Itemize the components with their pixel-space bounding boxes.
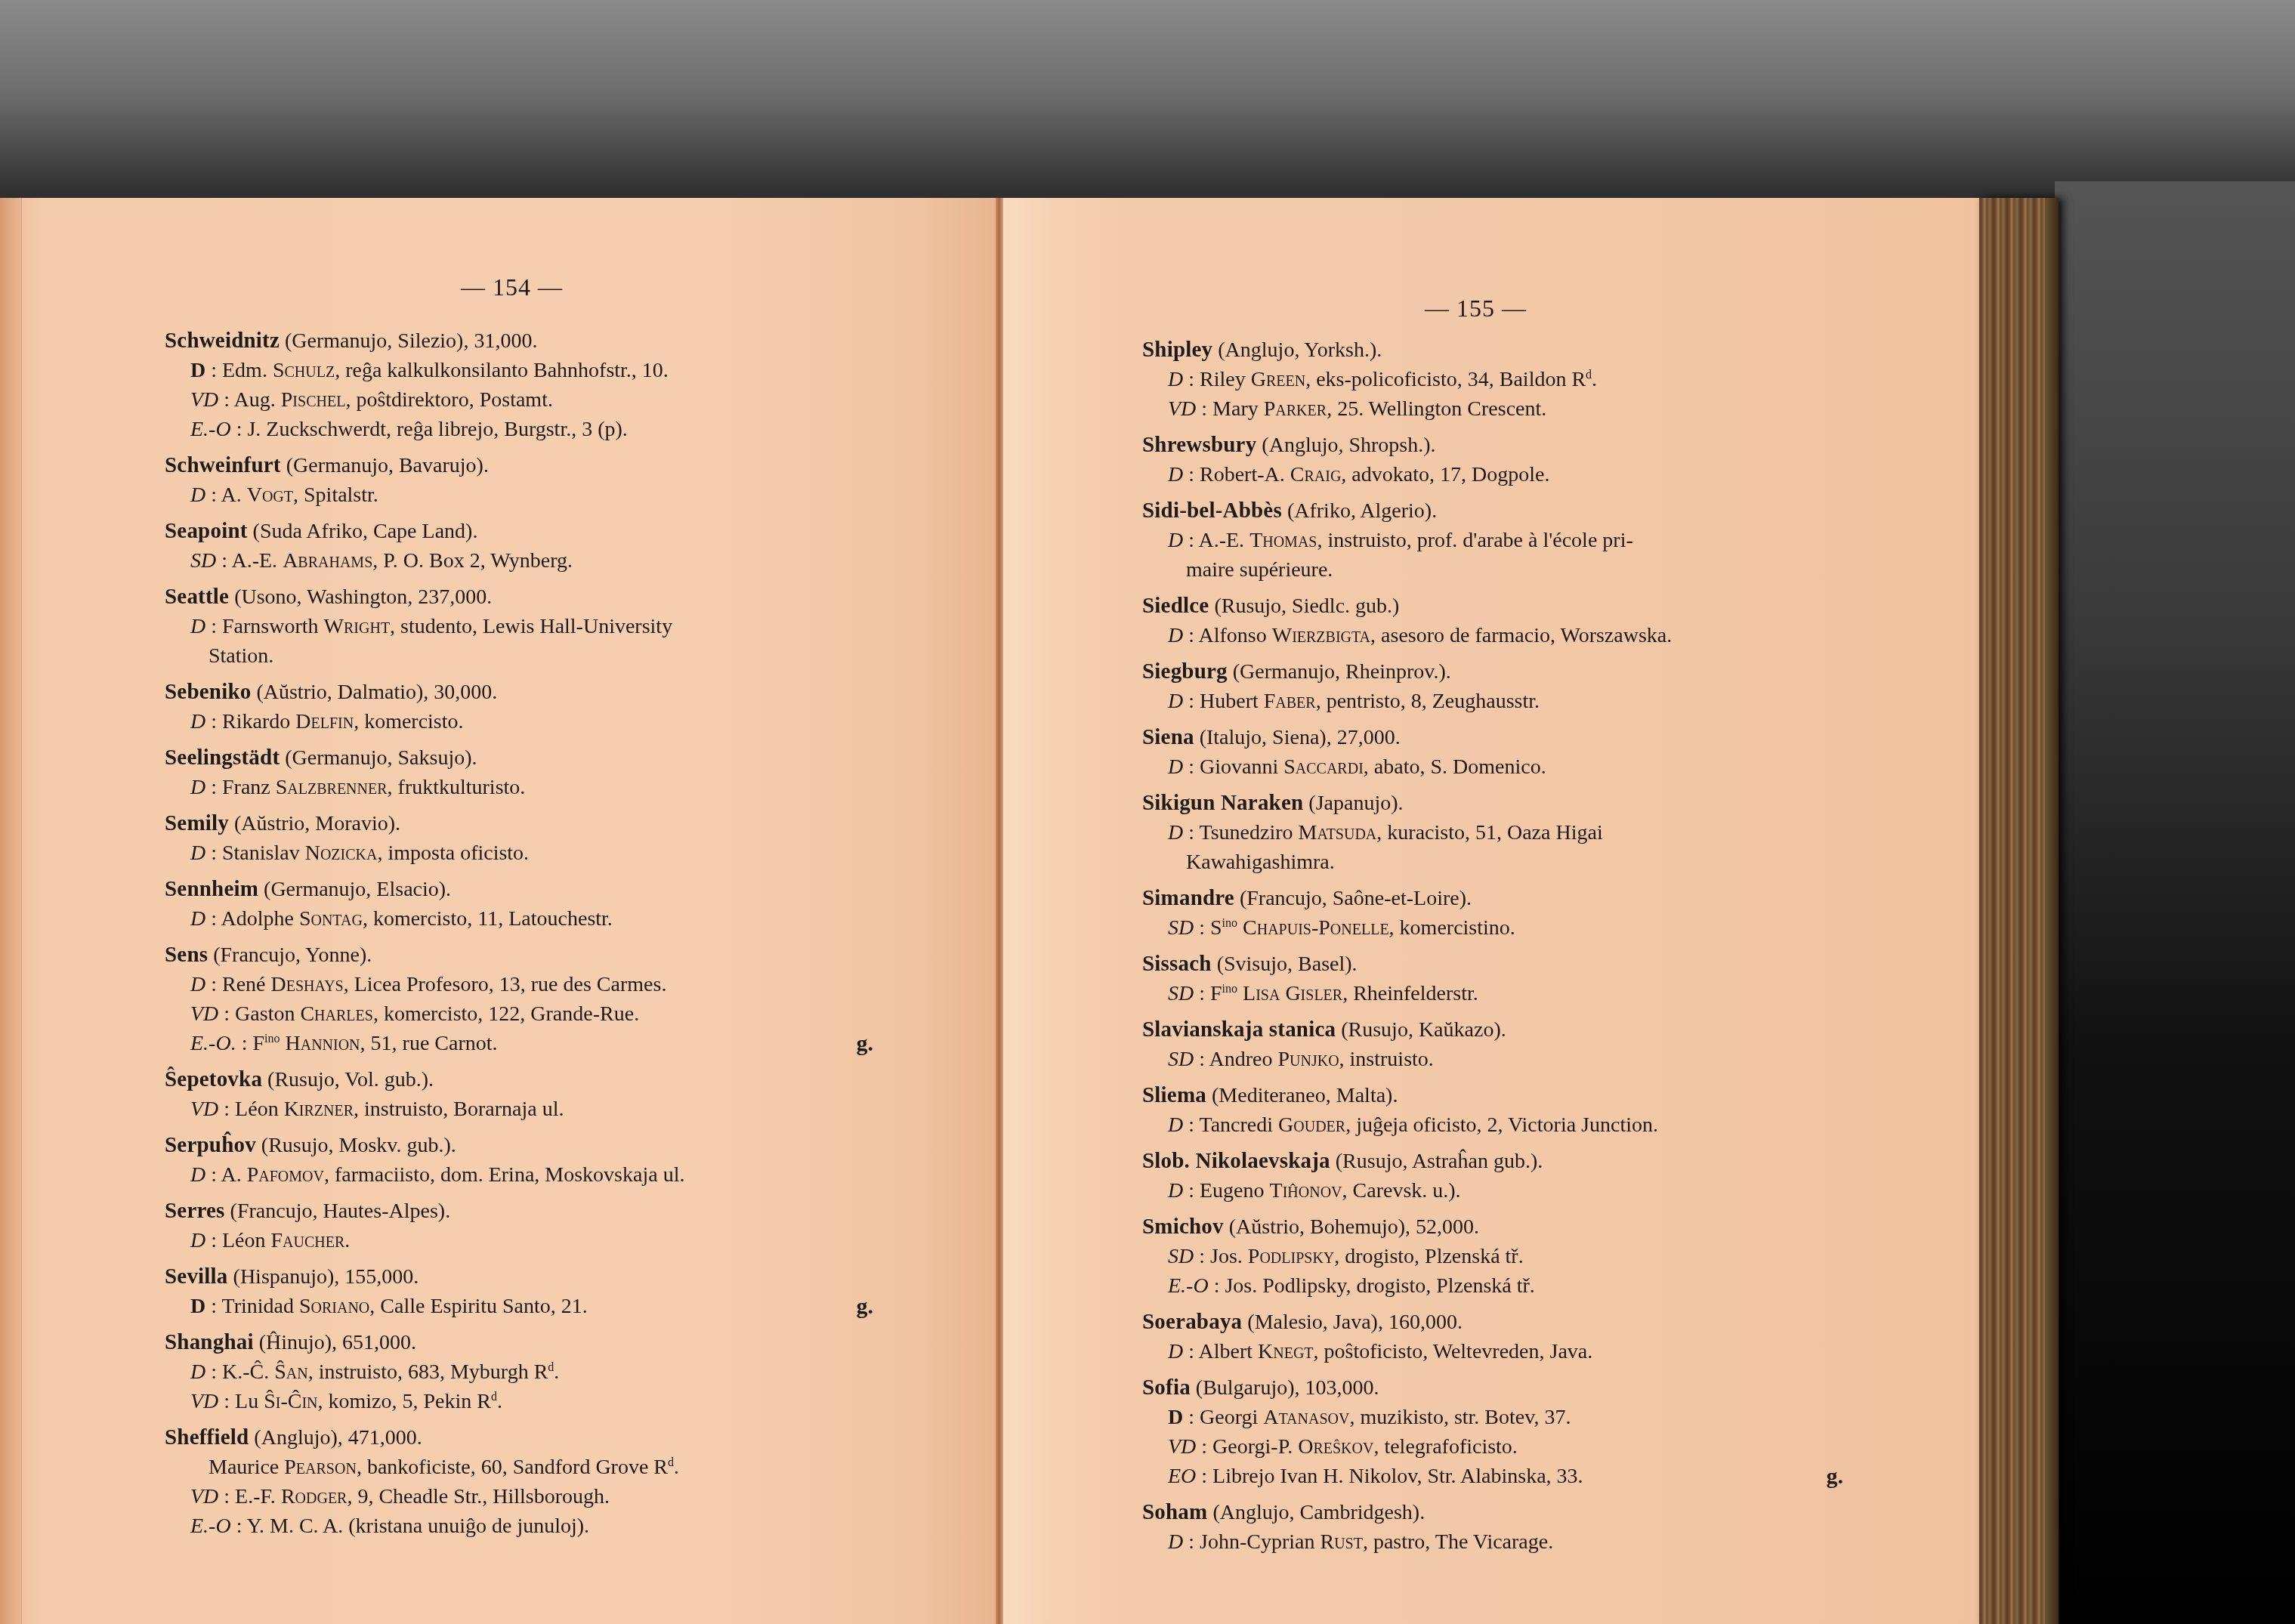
directory-entry: Semily (Aŭstrio, Moravio).D : Stanislav … xyxy=(165,809,867,868)
delegate-info: , reĝa kalkulkonsilanto Bahnhofstr., 10. xyxy=(335,359,669,382)
entry-heading: Siena (Italujo, Siena), 27,000. xyxy=(1142,723,1837,752)
delegate-surname: Soriano xyxy=(299,1295,369,1318)
delegate-text: : Riley xyxy=(1183,368,1250,391)
delegate-text: maire supérieure. xyxy=(1186,558,1333,582)
city-name: Sidi-bel-Abbès xyxy=(1142,499,1282,523)
city-name: Sikigun Naraken xyxy=(1142,791,1303,815)
delegate-role: E.-O xyxy=(190,418,231,441)
city-name: Slob. Nikolaevskaja xyxy=(1142,1149,1330,1173)
directory-entry: Sheffield (Anglujo), 471,000.Maurice Pea… xyxy=(165,1423,867,1541)
delegate-role: VD xyxy=(190,1002,218,1026)
delegate-surname: Punjko xyxy=(1277,1048,1339,1071)
delegate-role: D xyxy=(190,483,205,507)
delegate-line: maire supérieure. xyxy=(1142,555,1837,585)
delegate-line: D : A.-E. Thomas, instruisto, prof. d'ar… xyxy=(1142,526,1837,555)
delegate-line: D : Hubert Faber, pentristo, 8, Zeughaus… xyxy=(1142,687,1837,716)
delegate-info: , Calle Espiritu Santo, 21. xyxy=(369,1295,588,1318)
directory-entry: Soham (Anglujo, Cambridgesh).D : John-Cy… xyxy=(1142,1498,1837,1557)
entry-heading: Slavianskaja stanica (Rusujo, Kaŭkazo). xyxy=(1142,1015,1837,1045)
directory-entry: Slavianskaja stanica (Rusujo, Kaŭkazo).S… xyxy=(1142,1015,1837,1074)
delegate-info: , instruisto, 683, Myburgh R xyxy=(308,1360,548,1384)
directory-entry: Siedlce (Rusujo, Siedlc. gub.)D : Alfons… xyxy=(1142,591,1837,650)
entry-heading: Seapoint (Suda Afriko, Cape Land). xyxy=(165,517,867,546)
delegate-text: : Andreo xyxy=(1194,1048,1277,1071)
delegate-info: , asesoro de farmacio, Worszawska. xyxy=(1370,624,1672,647)
delegate-info: , instruisto. xyxy=(1339,1048,1434,1071)
city-name: Sevilla xyxy=(165,1264,228,1289)
delegate-surname: Thomas xyxy=(1249,529,1317,552)
entry-heading: Schweidnitz (Germanujo, Silezio), 31,000… xyxy=(165,326,867,356)
delegate-role: VD xyxy=(190,1485,218,1508)
delegate-info: , komercisto. xyxy=(354,710,463,733)
page-stack-edge xyxy=(1979,198,2059,1624)
delegate-info: , poŝtoficisto, Weltevreden, Java. xyxy=(1314,1340,1593,1363)
city-name: Seelingstädt xyxy=(165,746,280,770)
delegate-text: : J. Zuckschwerdt, reĝa librejo, Burgstr… xyxy=(231,418,628,441)
delegate-line: D : Tancredi Gouder, juĝeja oficisto, 2,… xyxy=(1142,1110,1837,1140)
entry-heading: Sennheim (Germanujo, Elsacio). xyxy=(165,875,867,904)
delegate-info: , komizo, 5, Pekin R xyxy=(318,1390,491,1413)
directory-entry: Slob. Nikolaevskaja (Rusujo, Astraĥan gu… xyxy=(1142,1147,1837,1206)
delegate-line: VD : Georgi-P. Oreŝkov, telegrafoficisto… xyxy=(1142,1432,1837,1462)
delegate-surname: Abrahams xyxy=(283,549,372,573)
city-name: Shrewsbury xyxy=(1142,433,1256,457)
delegate-surname: Pearson xyxy=(284,1456,357,1479)
delegate-info: , kuracisto, 51, Oaza Higai xyxy=(1376,821,1602,844)
delegate-info: , Licea Profesoro, 13, rue des Carmes. xyxy=(344,973,667,996)
city-name: Semily xyxy=(165,811,229,835)
entry-heading: Sheffield (Anglujo), 471,000. xyxy=(165,1423,867,1453)
delegate-text: : Gaston xyxy=(218,1002,300,1026)
delegate-line: D : Eugeno Tiĥonov, Carevsk. u.). xyxy=(1142,1176,1837,1206)
delegate-role: D xyxy=(190,1360,205,1384)
delegate-role: E.-O xyxy=(1168,1274,1209,1298)
delegate-role: E.-O xyxy=(190,1514,231,1538)
entry-heading: Slob. Nikolaevskaja (Rusujo, Astraĥan gu… xyxy=(1142,1147,1837,1176)
delegate-role: D xyxy=(190,615,205,638)
delegate-text: : E.-F. xyxy=(218,1485,281,1508)
left-column-entries: Schweidnitz (Germanujo, Silezio), 31,000… xyxy=(165,326,867,1548)
delegate-surname: Podlipsky xyxy=(1248,1245,1334,1268)
entry-heading: Semily (Aŭstrio, Moravio). xyxy=(165,809,867,838)
delegate-text: : Farnsworth xyxy=(205,615,323,638)
delegate-line: D : A. Pafomov, farmaciisto, dom. Erina,… xyxy=(165,1160,867,1190)
delegate-line: E.-O : Jos. Podlipsky, drogisto, Plzensk… xyxy=(1142,1271,1837,1301)
delegate-role: D xyxy=(190,1295,205,1318)
delegate-role: EO xyxy=(1168,1465,1196,1488)
delegate-line: D : Georgi Atanasov, muzikisto, str. Bot… xyxy=(1142,1403,1837,1432)
delegate-role: VD xyxy=(190,1390,218,1413)
group-mark: g. xyxy=(857,1292,874,1321)
delegate-role: D xyxy=(1168,1179,1183,1203)
group-mark: g. xyxy=(857,1029,874,1058)
delegate-text: : Rikardo xyxy=(205,710,295,733)
delegate-text: : A.-E. xyxy=(216,549,283,573)
delegate-surname: Knegt xyxy=(1258,1340,1314,1363)
city-details: (Aŭstrio, Dalmatio), 30,000. xyxy=(256,681,497,704)
delegate-line: D : Rikardo Delfin, komercisto. xyxy=(165,707,867,736)
delegate-text: : Adolphe xyxy=(205,907,299,931)
city-details: (Anglujo, Shropsh.). xyxy=(1262,434,1435,457)
city-name: Siegburg xyxy=(1142,659,1228,684)
delegate-surname: Kirzner xyxy=(284,1098,354,1121)
delegate-role: D xyxy=(1168,463,1183,486)
city-details: (Francujo, Yonne). xyxy=(213,943,372,967)
city-name: Siedlce xyxy=(1142,594,1209,618)
delegate-line: D : Albert Knegt, poŝtoficisto, Weltevre… xyxy=(1142,1337,1837,1366)
road-abbrev: d xyxy=(1586,369,1592,381)
delegate-info: , pastro, The Vicarage. xyxy=(1363,1530,1553,1554)
city-details: (Japanujo). xyxy=(1308,792,1403,815)
delegate-text: : Georgi-P. xyxy=(1196,1435,1298,1459)
delegate-text: : Hubert xyxy=(1183,690,1264,713)
city-name: Soerabaya xyxy=(1142,1310,1242,1334)
delegate-line: D : Stanislav Nozicka, imposta oficisto. xyxy=(165,838,867,868)
city-name: Serpuĥov xyxy=(165,1133,256,1157)
delegate-line: D : René Deshays, Licea Profesoro, 13, r… xyxy=(165,970,867,999)
entry-heading: Siedlce (Rusujo, Siedlc. gub.) xyxy=(1142,591,1837,621)
city-name: Seattle xyxy=(165,585,229,609)
book-spine xyxy=(996,198,1003,1624)
delegate-role: D xyxy=(1168,690,1183,713)
delegate-info: , instruisto, prof. d'arabe à l'école pr… xyxy=(1317,529,1632,552)
city-name: Smichov xyxy=(1142,1215,1224,1239)
entry-heading: Simandre (Francujo, Saône-et-Loire). xyxy=(1142,884,1837,913)
city-details: (Anglujo, Cambridgesh). xyxy=(1212,1501,1425,1524)
delegate-surname: Deshays xyxy=(271,973,344,996)
directory-entry: Seelingstädt (Germanujo, Saksujo).D : Fr… xyxy=(165,743,867,802)
delegate-line: EO : Librejo Ivan H. Nikolov, Str. Alabi… xyxy=(1142,1462,1837,1491)
delegate-line: E.-O : J. Zuckschwerdt, reĝa librejo, Bu… xyxy=(165,415,867,444)
city-name: Schweidnitz xyxy=(165,329,280,353)
city-details: (Ĥinujo), 651,000. xyxy=(259,1331,416,1354)
line-end: . xyxy=(674,1456,679,1479)
group-mark: g. xyxy=(1827,1462,1844,1491)
delegate-surname: Ŝan xyxy=(274,1360,307,1384)
delegate-surname: Vogt xyxy=(247,483,293,507)
delegate-role: D xyxy=(190,710,205,733)
delegate-info: , juĝeja oficisto, 2, Victoria Junction. xyxy=(1345,1113,1658,1137)
delegate-info: . xyxy=(344,1229,350,1252)
delegate-text: : Jos. Podlipsky, drogisto, Plzenská tř. xyxy=(1209,1274,1535,1298)
delegate-surname: Parker xyxy=(1264,397,1327,421)
delegate-info: , fruktkulturisto. xyxy=(388,776,526,799)
city-name: Schweinfurt xyxy=(165,453,281,477)
delegate-surname: Gouder xyxy=(1278,1113,1345,1137)
delegate-role: D xyxy=(1168,624,1183,647)
delegate-info: , telegrafoficisto. xyxy=(1373,1435,1517,1459)
delegate-text: : Eugeno xyxy=(1183,1179,1269,1203)
delegate-role: D xyxy=(1168,1530,1183,1554)
directory-entry: Sliema (Mediteraneo, Malta).D : Tancredi… xyxy=(1142,1081,1837,1140)
directory-entry: Siena (Italujo, Siena), 27,000.D : Giova… xyxy=(1142,723,1837,782)
delegate-line: VD : Aug. Pischel, poŝtdirektoro, Postam… xyxy=(165,385,867,415)
line-end: . xyxy=(554,1360,559,1384)
city-details: (Italujo, Siena), 27,000. xyxy=(1200,726,1401,749)
delegate-surname: Chapuis-Ponelle xyxy=(1237,916,1389,940)
entry-heading: Smichov (Aŭstrio, Bohemujo), 52,000. xyxy=(1142,1212,1837,1242)
delegate-text: : Georgi xyxy=(1183,1406,1263,1429)
city-name: Sheffield xyxy=(165,1425,249,1450)
delegate-text: : Lu xyxy=(218,1390,264,1413)
delegate-info: , muzikisto, str. Botev, 37. xyxy=(1349,1406,1571,1429)
delegate-text: : A. xyxy=(205,1163,246,1187)
delegate-line: D : A. Vogt, Spitalstr. xyxy=(165,480,867,510)
city-name: Seapoint xyxy=(165,519,248,543)
delegate-line: D : Robert-A. Craig, advokato, 17, Dogpo… xyxy=(1142,460,1837,489)
delegate-line: VD : Mary Parker, 25. Wellington Crescen… xyxy=(1142,394,1837,424)
line-end: . xyxy=(497,1390,502,1413)
city-details: (Francujo, Hautes-Alpes). xyxy=(230,1199,451,1223)
delegate-line: D : Trinidad Soriano, Calle Espiritu San… xyxy=(165,1292,867,1321)
delegate-info: , 9, Cheadle Str., Hillsborough. xyxy=(347,1485,610,1508)
delegate-text: : Tsunedziro xyxy=(1183,821,1298,844)
delegate-role: SD xyxy=(1168,1245,1194,1268)
delegate-surname: Salzbrenner xyxy=(276,776,388,799)
delegate-line: D : Riley Green, eks-policoficisto, 34, … xyxy=(1142,365,1837,394)
entry-heading: Ŝepetovka (Rusujo, Vol. gub.). xyxy=(165,1065,867,1095)
background-right xyxy=(2055,181,2295,1624)
delegate-text: Kawahigashimra. xyxy=(1186,851,1335,874)
delegate-surname: Faucher xyxy=(271,1229,345,1252)
delegate-role: D xyxy=(190,1163,205,1187)
delegate-text: : A.-E. xyxy=(1183,529,1249,552)
delegate-line: SD : A.-E. Abrahams, P. O. Box 2, Wynber… xyxy=(165,546,867,576)
delegate-role: E.-O. xyxy=(190,1032,236,1055)
delegate-role: D xyxy=(190,1229,205,1252)
page-number-right: — 155 — xyxy=(1425,295,1527,323)
delegate-text: : Robert-A. xyxy=(1183,463,1290,486)
page-number-left: — 154 — xyxy=(461,273,563,301)
delegate-text: : Alfonso xyxy=(1183,624,1271,647)
entry-heading: Sliema (Mediteraneo, Malta). xyxy=(1142,1081,1837,1110)
city-name: Serres xyxy=(165,1199,225,1223)
background-top xyxy=(0,0,2295,204)
delegate-text: Maurice xyxy=(208,1456,284,1479)
directory-entry: Sennheim (Germanujo, Elsacio).D : Adolph… xyxy=(165,875,867,934)
city-details: (Francujo, Saône-et-Loire). xyxy=(1240,887,1472,910)
delegate-line: D : Tsunedziro Matsuda, kuracisto, 51, O… xyxy=(1142,818,1837,848)
delegate-line: SD : Jos. Podlipsky, drogisto, Plzenská … xyxy=(1142,1242,1837,1271)
entry-heading: Serres (Francujo, Hautes-Alpes). xyxy=(165,1196,867,1226)
delegate-info: , imposta oficisto. xyxy=(377,841,529,865)
delegate-line: D : Farnsworth Wright, studento, Lewis H… xyxy=(165,612,867,641)
delegate-text: : F xyxy=(236,1032,264,1055)
directory-entry: Seapoint (Suda Afriko, Cape Land).SD : A… xyxy=(165,517,867,576)
entry-heading: Schweinfurt (Germanujo, Bavarujo). xyxy=(165,451,867,480)
delegate-line: Kawahigashimra. xyxy=(1142,848,1837,877)
delegate-role: D xyxy=(1168,1113,1183,1137)
directory-entry: Shanghai (Ĥinujo), 651,000.D : K.-Ĉ. Ŝan… xyxy=(165,1328,867,1416)
delegate-text: : A. xyxy=(205,483,246,507)
delegate-surname: Pafomov xyxy=(247,1163,324,1187)
delegate-line: D : K.-Ĉ. Ŝan, instruisto, 683, Myburgh … xyxy=(165,1357,867,1387)
delegate-line: SD : Sino Chapuis-Ponelle, komercistino. xyxy=(1142,913,1837,943)
entry-heading: Sens (Francujo, Yonne). xyxy=(165,940,867,970)
city-details: (Aŭstrio, Bohemujo), 52,000. xyxy=(1229,1215,1479,1239)
delegate-role: D xyxy=(1168,529,1183,552)
delegate-line: D : Giovanni Saccardi, abato, S. Domenic… xyxy=(1142,752,1837,782)
directory-entry: Siegburg (Germanujo, Rheinprov.).D : Hub… xyxy=(1142,657,1837,716)
city-name: Slavianskaja stanica xyxy=(1142,1017,1336,1042)
delegate-text: : Stanislav xyxy=(205,841,304,865)
city-details: (Germanujo, Bavarujo). xyxy=(286,454,489,477)
delegate-role: D xyxy=(1168,1340,1183,1363)
delegate-role: VD xyxy=(190,1098,218,1121)
city-details: (Svisujo, Basel). xyxy=(1217,952,1358,976)
directory-entry: Schweidnitz (Germanujo, Silezio), 31,000… xyxy=(165,326,867,444)
delegate-text: : Aug. xyxy=(218,388,280,412)
delegate-role: D xyxy=(190,359,205,382)
delegate-surname: Pischel xyxy=(281,388,346,412)
delegate-info: , eks-policoficisto, 34, Baildon R xyxy=(1305,368,1586,391)
delegate-surname: Craig xyxy=(1290,463,1342,486)
delegate-surname: Green xyxy=(1251,368,1305,391)
delegate-surname: Lisa Gisler xyxy=(1237,982,1342,1005)
delegate-surname: Tiĥonov xyxy=(1270,1179,1342,1203)
delegate-text: : Y. M. C. A. (kristana unuiĝo de junulo… xyxy=(231,1514,589,1538)
delegate-surname: Delfin xyxy=(295,710,354,733)
delegate-surname: Sontag xyxy=(299,907,363,931)
delegate-text: : Jos. xyxy=(1194,1245,1248,1268)
delegate-line: VD : Léon Kirzner, instruisto, Borarnaja… xyxy=(165,1095,867,1124)
delegate-role: D xyxy=(190,973,205,996)
road-abbrev: d xyxy=(668,1456,674,1469)
delegate-info: , Carevsk. u.). xyxy=(1342,1179,1461,1203)
directory-entry: Shrewsbury (Anglujo, Shropsh.).D : Rober… xyxy=(1142,431,1837,489)
city-details: (Germanujo, Saksujo). xyxy=(285,746,477,770)
title-abbrev: ino xyxy=(1222,983,1237,996)
directory-entry: Smichov (Aŭstrio, Bohemujo), 52,000.SD :… xyxy=(1142,1212,1837,1301)
directory-entry: Shipley (Anglujo, Yorksh.).D : Riley Gre… xyxy=(1142,335,1837,424)
open-book: — 154 — Schweidnitz (Germanujo, Silezio)… xyxy=(0,198,2059,1624)
road-abbrev: d xyxy=(491,1391,497,1403)
directory-entry: Soerabaya (Malesio, Java), 160,000.D : A… xyxy=(1142,1308,1837,1366)
delegate-surname: Nozicka xyxy=(305,841,378,865)
city-details: (Rusujo, Astraĥan gub.). xyxy=(1336,1150,1543,1173)
entry-heading: Seattle (Usono, Washington, 237,000. xyxy=(165,582,867,612)
delegate-role: VD xyxy=(1168,397,1196,421)
city-details: (Germanujo, Elsacio). xyxy=(264,878,451,901)
delegate-line: Station. xyxy=(165,641,867,671)
delegate-role: D xyxy=(1168,368,1183,391)
entry-heading: Siegburg (Germanujo, Rheinprov.). xyxy=(1142,657,1837,687)
directory-entry: Sens (Francujo, Yonne).D : René Deshays,… xyxy=(165,940,867,1058)
line-end: . xyxy=(1592,368,1597,391)
delegate-surname: Rodger xyxy=(281,1485,347,1508)
delegate-line: VD : E.-F. Rodger, 9, Cheadle Str., Hill… xyxy=(165,1482,867,1511)
city-details: (Afriko, Algerio). xyxy=(1287,499,1437,523)
delegate-info: , 51, rue Carnot. xyxy=(360,1032,498,1055)
delegate-line: SD : Andreo Punjko, instruisto. xyxy=(1142,1045,1837,1074)
right-column-entries: Shipley (Anglujo, Yorksh.).D : Riley Gre… xyxy=(1142,335,1837,1564)
delegate-role: SD xyxy=(190,549,216,573)
title-abbrev: ino xyxy=(1222,917,1237,930)
city-name: Simandre xyxy=(1142,886,1234,910)
city-details: (Aŭstrio, Moravio). xyxy=(234,812,400,835)
delegate-info: , P. O. Box 2, Wynberg. xyxy=(372,549,573,573)
delegate-text: : Léon xyxy=(205,1229,270,1252)
delegate-text: : Librejo Ivan H. Nikolov, Str. Alabinsk… xyxy=(1196,1465,1583,1488)
city-details: (Germanujo, Rheinprov.). xyxy=(1233,660,1451,684)
delegate-info: , instruisto, Borarnaja ul. xyxy=(354,1098,564,1121)
delegate-info: , Spitalstr. xyxy=(293,483,378,507)
city-name: Sissach xyxy=(1142,952,1212,976)
delegate-text: : Franz xyxy=(205,776,276,799)
right-page: — 155 — Shipley (Anglujo, Yorksh.).D : R… xyxy=(1003,198,1979,1624)
delegate-surname: Ŝi-Ĉin xyxy=(264,1390,317,1413)
directory-entry: Schweinfurt (Germanujo, Bavarujo).D : A.… xyxy=(165,451,867,510)
delegate-info: , komercistino. xyxy=(1389,916,1515,940)
city-details: (Malesio, Java), 160,000. xyxy=(1247,1311,1463,1334)
directory-entry: Sissach (Svisujo, Basel).SD : Fino Lisa … xyxy=(1142,949,1837,1008)
delegate-role: SD xyxy=(1168,982,1194,1005)
delegate-info: , advokato, 17, Dogpole. xyxy=(1341,463,1549,486)
city-name: Sens xyxy=(165,943,208,967)
city-name: Sennheim xyxy=(165,877,258,901)
entry-heading: Shanghai (Ĥinujo), 651,000. xyxy=(165,1328,867,1357)
delegate-role: D xyxy=(190,907,205,931)
entry-heading: Sikigun Naraken (Japanujo). xyxy=(1142,789,1837,818)
directory-entry: Sebeniko (Aŭstrio, Dalmatio), 30,000.D :… xyxy=(165,678,867,736)
entry-heading: Sevilla (Hispanujo), 155,000. xyxy=(165,1262,867,1292)
delegate-text: : S xyxy=(1194,916,1222,940)
delegate-line: D : Alfonso Wierzbigta, asesoro de farma… xyxy=(1142,621,1837,650)
city-details: (Mediteraneo, Malta). xyxy=(1212,1084,1398,1107)
city-name: Sliema xyxy=(1142,1083,1206,1107)
delegate-role: D xyxy=(190,841,205,865)
directory-entry: Sikigun Naraken (Japanujo).D : Tsunedzir… xyxy=(1142,789,1837,877)
delegate-text: : K.-Ĉ. xyxy=(205,1360,274,1384)
delegate-line: D : Franz Salzbrenner, fruktkulturisto. xyxy=(165,773,867,802)
delegate-text: Station. xyxy=(208,644,273,668)
delegate-text: : René xyxy=(205,973,270,996)
entry-heading: Soham (Anglujo, Cambridgesh). xyxy=(1142,1498,1837,1527)
delegate-text: : John-Cyprian xyxy=(1183,1530,1320,1554)
delegate-surname: Rust xyxy=(1320,1530,1362,1554)
delegate-line: D : Adolphe Sontag, komercisto, 11, Lato… xyxy=(165,904,867,934)
city-details: (Anglujo, Yorksh.). xyxy=(1218,338,1382,362)
delegate-info: , studento, Lewis Hall-University xyxy=(390,615,672,638)
delegate-role: SD xyxy=(1168,916,1194,940)
left-page: — 154 — Schweidnitz (Germanujo, Silezio)… xyxy=(0,198,999,1624)
directory-entry: Serpuĥov (Rusujo, Moskv. gub.).D : A. Pa… xyxy=(165,1131,867,1190)
directory-entry: Ŝepetovka (Rusujo, Vol. gub.).VD : Léon … xyxy=(165,1065,867,1124)
city-name: Sofia xyxy=(1142,1375,1191,1400)
directory-entry: Seattle (Usono, Washington, 237,000.D : … xyxy=(165,582,867,671)
entry-heading: Sofia (Bulgarujo), 103,000. xyxy=(1142,1373,1837,1403)
city-name: Shipley xyxy=(1142,338,1212,362)
entry-heading: Sidi-bel-Abbès (Afriko, Algerio). xyxy=(1142,496,1837,526)
delegate-surname: Saccardi xyxy=(1283,755,1364,779)
entry-heading: Shipley (Anglujo, Yorksh.). xyxy=(1142,335,1837,365)
delegate-text: : F xyxy=(1194,982,1222,1005)
entry-heading: Shrewsbury (Anglujo, Shropsh.). xyxy=(1142,431,1837,460)
delegate-surname: Schulz xyxy=(273,359,335,382)
delegate-line: D : Edm. Schulz, reĝa kalkulkonsilanto B… xyxy=(165,356,867,385)
delegate-line: VD : Lu Ŝi-Ĉin, komizo, 5, Pekin Rd. xyxy=(165,1387,867,1416)
delegate-info: , drogisto, Plzenská tř. xyxy=(1334,1245,1523,1268)
city-details: (Suda Afriko, Cape Land). xyxy=(253,520,478,543)
delegate-role: VD xyxy=(1168,1435,1196,1459)
delegate-info: , farmaciisto, dom. Erina, Moskovskaja u… xyxy=(324,1163,684,1187)
delegate-role: VD xyxy=(190,388,218,412)
city-name: Siena xyxy=(1142,725,1194,749)
directory-entry: Sevilla (Hispanujo), 155,000.D : Trinida… xyxy=(165,1262,867,1321)
delegate-info: , 25. Wellington Crescent. xyxy=(1327,397,1546,421)
delegate-info: , komercisto, 122, Grande-Rue. xyxy=(373,1002,639,1026)
directory-entry: Sidi-bel-Abbès (Afriko, Algerio).D : A.-… xyxy=(1142,496,1837,585)
